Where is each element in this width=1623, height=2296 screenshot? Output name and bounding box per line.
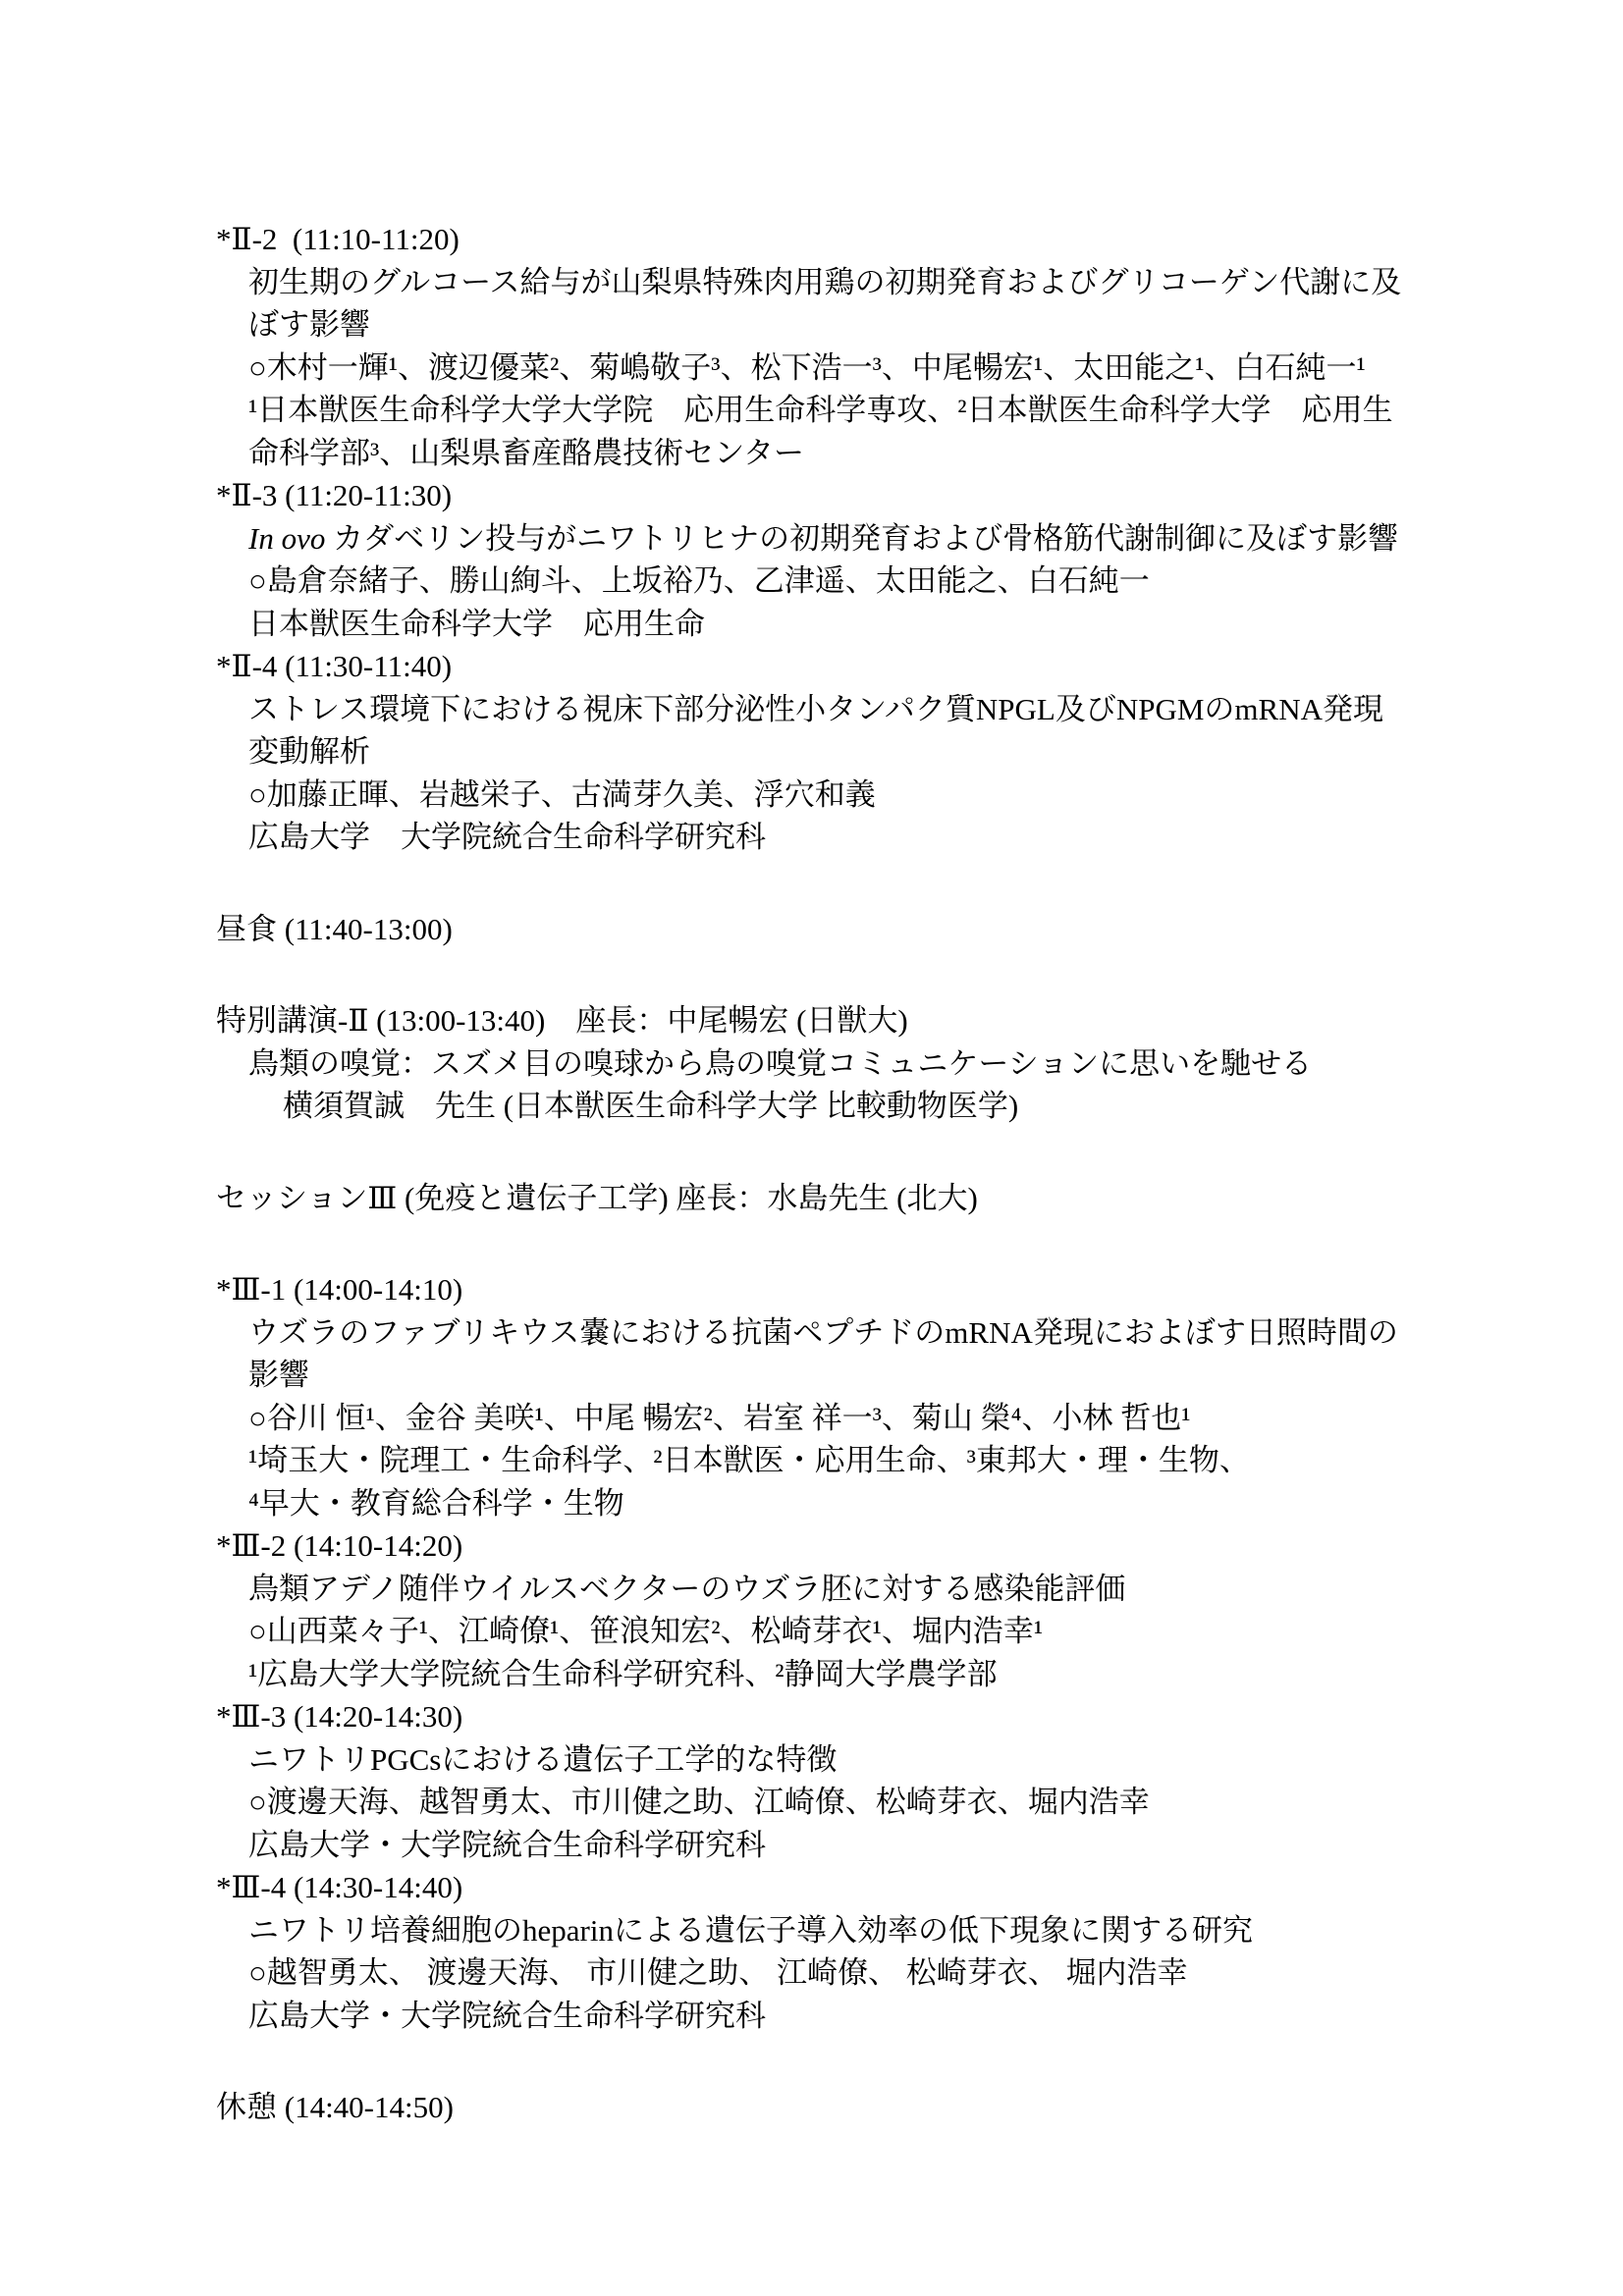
blank-line: [0, 1128, 1623, 1177]
affiliation-line: 日本獣医生命科学大学 応用生命: [0, 603, 1623, 646]
italic-latin-term: In ovo: [248, 521, 325, 556]
lecture-header-line: 特別講演-Ⅱ (13:00-13:40) 座長：中尾暢宏 (日獣大): [0, 999, 1623, 1042]
break-item-line: 昼食 (11:40-13:00): [0, 908, 1623, 951]
lecture-speaker-line: 横須賀誠 先生 (日本獣医生命科学大学 比較動物医学): [0, 1085, 1623, 1128]
document-page: *Ⅱ-2 (11:10-11:20)初生期のグルコース給与が山梨県特殊肉用鶏の初…: [0, 0, 1623, 2296]
presentation-title-line: ぼす影響: [0, 303, 1623, 347]
presentation-title-line: ニワトリ培養細胞のheparinによる遺伝子導入効率の低下現象に関する研究: [0, 1909, 1623, 1952]
break-item-line: 休憩 (14:40-14:50): [0, 2086, 1623, 2129]
authors-line: ○木村一輝¹、渡辺優菜²、菊嶋敬子³、松下浩一³、中尾暢宏¹、太田能之¹、白石純…: [0, 347, 1623, 390]
authors-line: ○山西菜々子¹、江崎僚¹、笹浪知宏²、松崎芽衣¹、堀内浩幸¹: [0, 1610, 1623, 1653]
affiliation-line: 広島大学 大学院統合生命科学研究科: [0, 816, 1623, 859]
authors-line: ○越智勇太、 渡邊天海、 市川健之助、 江崎僚、 松崎芽衣、 堀内浩幸: [0, 1951, 1623, 1995]
authors-line: ○谷川 恒¹、金谷 美咲¹、中尾 暢宏²、岩室 祥一³、菊山 榮⁴、小林 哲也¹: [0, 1397, 1623, 1440]
presentation-code-line: *Ⅲ-4 (14:30-14:40): [0, 1866, 1623, 1909]
presentation-title-line: 影響: [0, 1354, 1623, 1397]
blank-line: [0, 859, 1623, 908]
presentation-title-line: 初生期のグルコース給与が山梨県特殊肉用鶏の初期発育およびグリコーゲン代謝に及: [0, 261, 1623, 304]
session-header-line: セッションⅢ (免疫と遺伝子工学) 座長：水島先生 (北大): [0, 1177, 1623, 1220]
affiliation-line: 広島大学・大学院統合生命科学研究科: [0, 1824, 1623, 1867]
presentation-code-line: *Ⅲ-3 (14:20-14:30): [0, 1695, 1623, 1738]
presentation-code-line: *Ⅱ-4 (11:30-11:40): [0, 645, 1623, 688]
presentation-code-line: *Ⅱ-2 (11:10-11:20): [0, 218, 1623, 261]
authors-line: ○渡邊天海、越智勇太、市川健之助、江崎僚、松崎芽衣、堀内浩幸: [0, 1781, 1623, 1824]
lecture-title-line: 鳥類の嗅覚：スズメ目の嗅球から鳥の嗅覚コミュニケーションに思いを馳せる: [0, 1042, 1623, 1086]
affiliation-line: 広島大学・大学院統合生命科学研究科: [0, 1995, 1623, 2038]
blank-line: [0, 1219, 1623, 1268]
affiliation-line: ⁴早大・教育総合科学・生物: [0, 1482, 1623, 1525]
presentation-title-line: ニワトリPGCsにおける遺伝子工学的な特徴: [0, 1738, 1623, 1782]
presentation-title-line: 変動解析: [0, 730, 1623, 774]
affiliation-line: ¹埼玉大・院理工・生命科学、²日本獣医・応用生命、³東邦大・理・生物、: [0, 1439, 1623, 1482]
affiliation-line: ¹日本獣医生命科学大学大学院 応用生命科学専攻、²日本獣医生命科学大学 応用生: [0, 389, 1623, 432]
presentation-title-line: ウズラのファブリキウス嚢における抗菌ペプチドのmRNA発現におよぼす日照時間の: [0, 1311, 1623, 1355]
presentation-code-line: *Ⅲ-2 (14:10-14:20): [0, 1524, 1623, 1568]
blank-line: [0, 2037, 1623, 2086]
presentation-code-line: *Ⅱ-3 (11:20-11:30): [0, 474, 1623, 517]
blank-line: [0, 950, 1623, 999]
affiliation-line: 命科学部³、山梨県畜産酪農技術センター: [0, 432, 1623, 475]
document-body: *Ⅱ-2 (11:10-11:20)初生期のグルコース給与が山梨県特殊肉用鶏の初…: [0, 218, 1623, 2129]
affiliation-line: ¹広島大学大学院統合生命科学研究科、²静岡大学農学部: [0, 1653, 1623, 1696]
authors-line: ○加藤正暉、岩越栄子、古満芽久美、浮穴和義: [0, 774, 1623, 817]
presentation-code-line: *Ⅲ-1 (14:00-14:10): [0, 1268, 1623, 1311]
presentation-title-line: ストレス環境下における視床下部分泌性小タンパク質NPGL及びNPGMのmRNA発…: [0, 688, 1623, 731]
authors-line: ○島倉奈緒子、勝山絢斗、上坂裕乃、乙津遥、太田能之、白石純一: [0, 560, 1623, 603]
presentation-title-line: In ovo カダベリン投与がニワトリヒナの初期発育および骨格筋代謝制御に及ぼす…: [0, 517, 1623, 561]
presentation-title-line: 鳥類アデノ随伴ウイルスベクターのウズラ胚に対する感染能評価: [0, 1568, 1623, 1611]
